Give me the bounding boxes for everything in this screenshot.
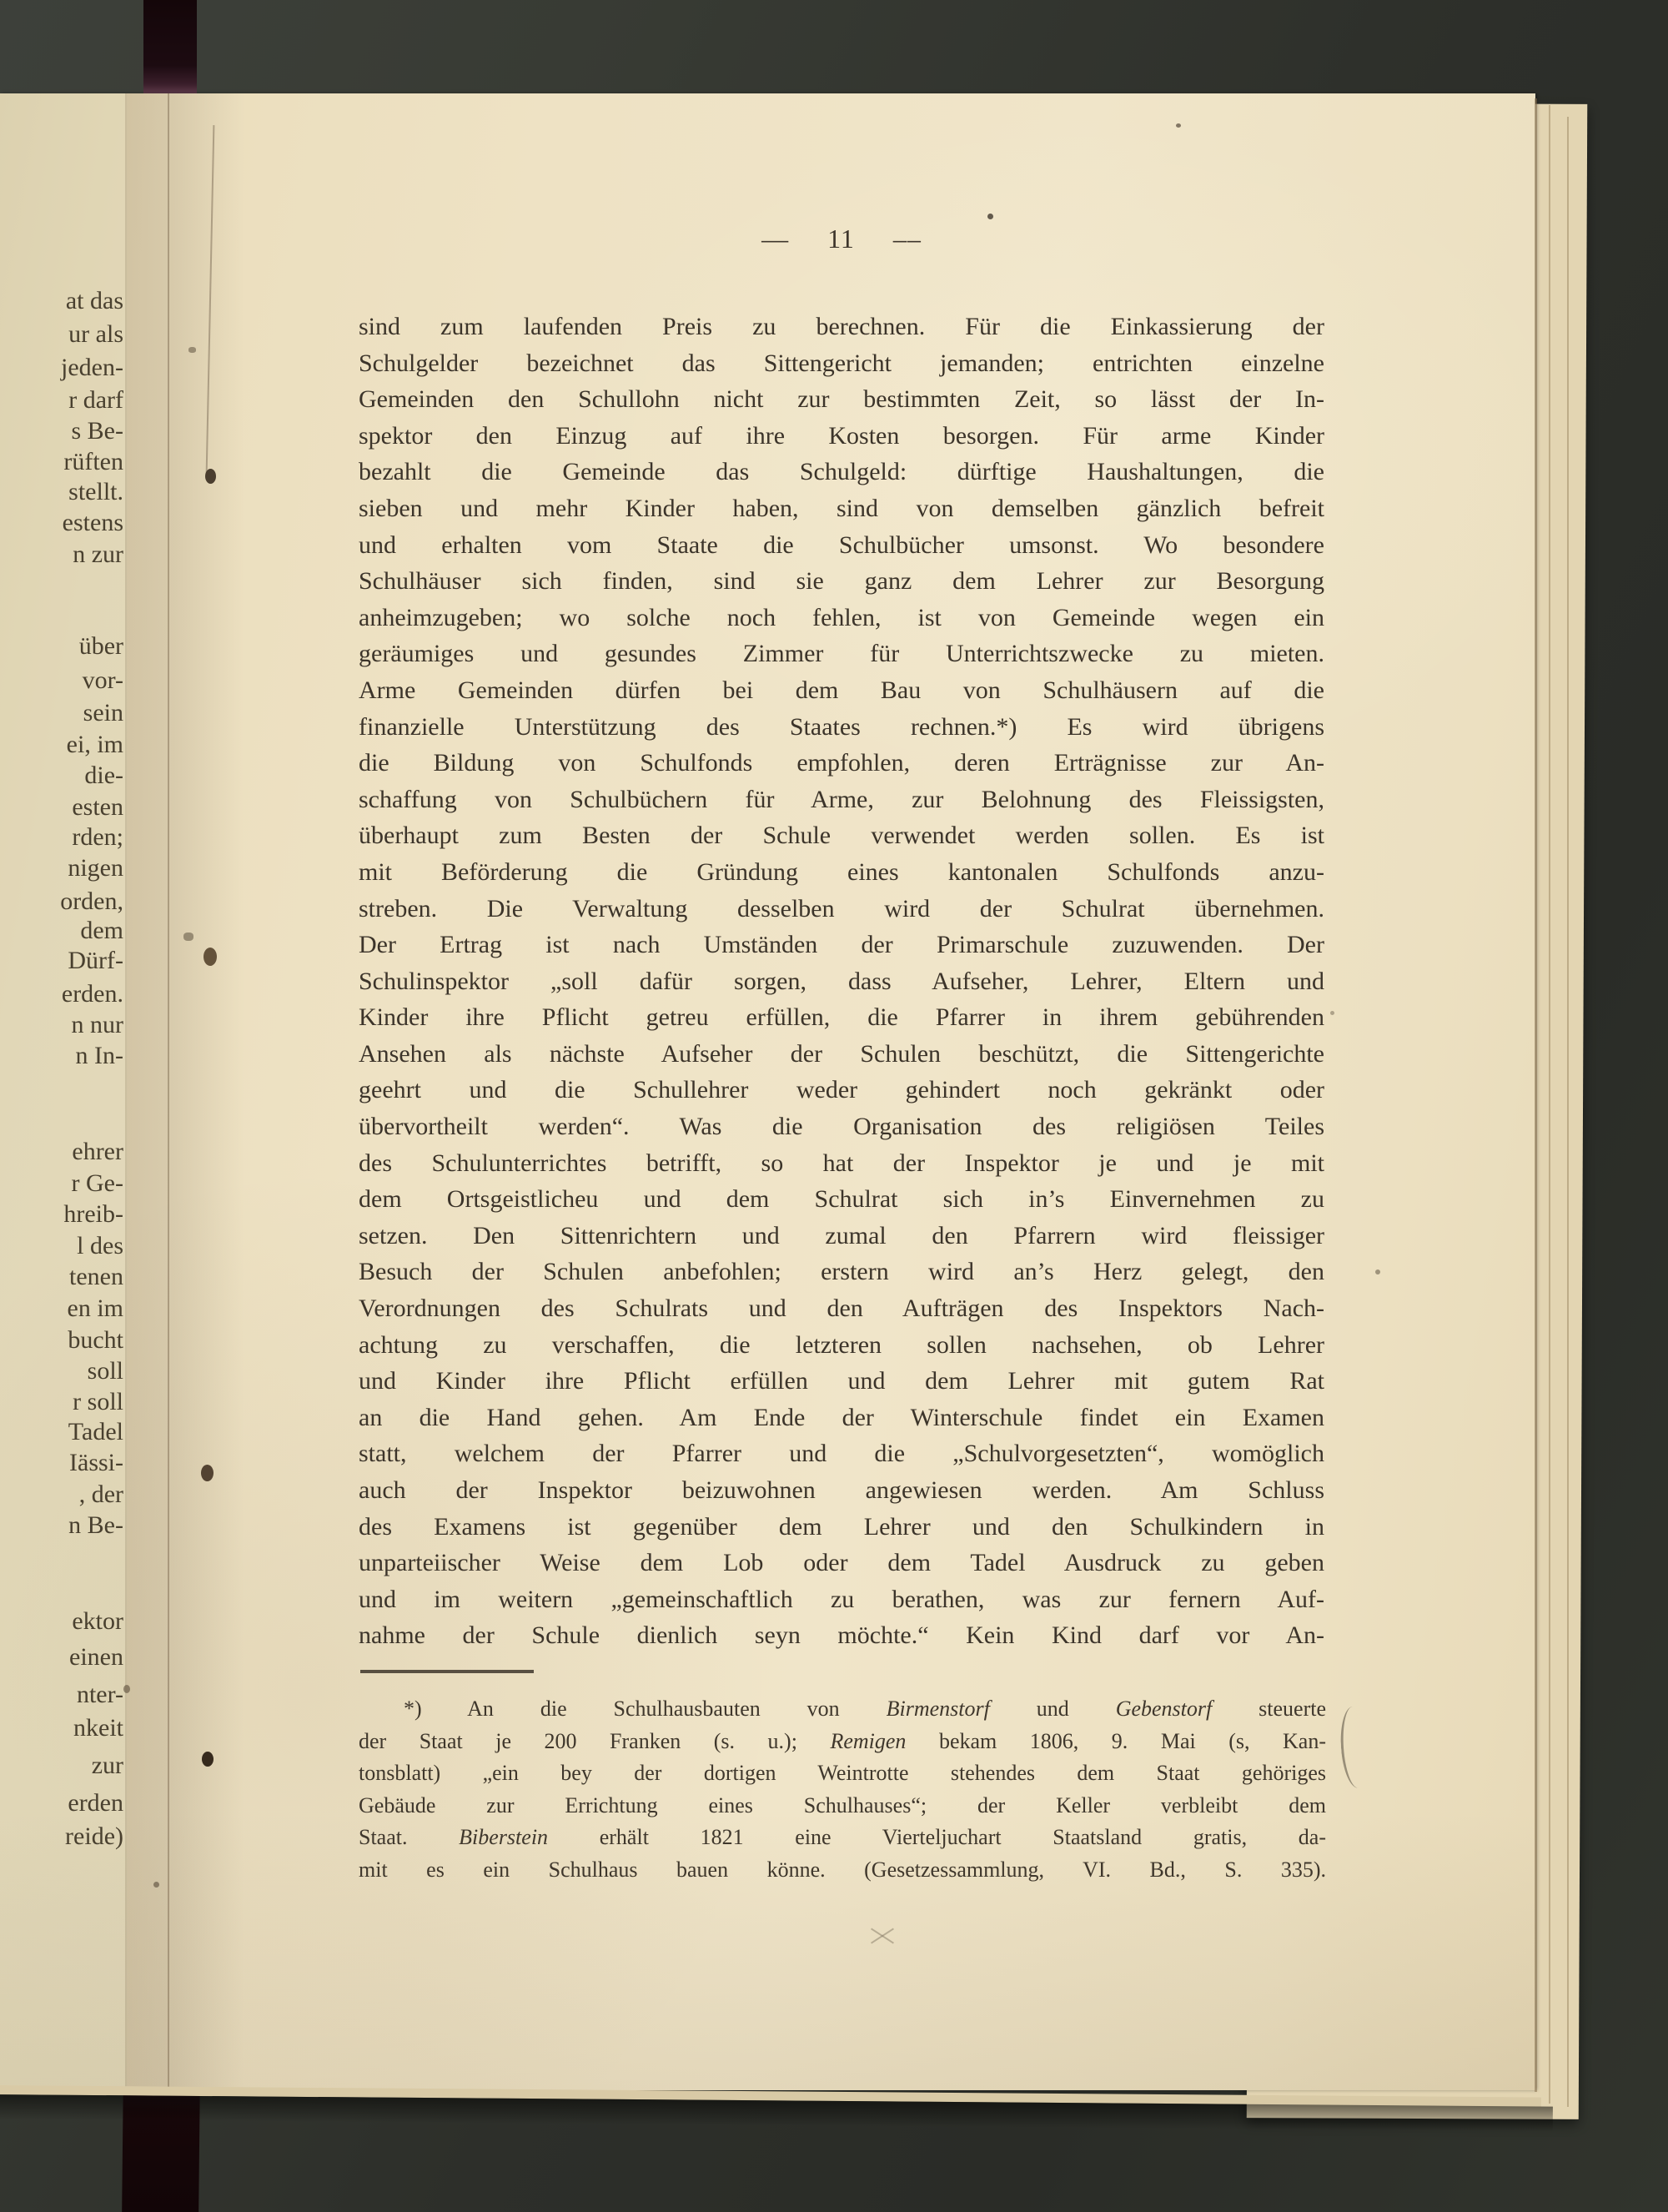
body-line: Schulgelder bezeichnet das Sittengericht… <box>359 345 1324 382</box>
facing-page-fragment: rüften <box>0 448 123 476</box>
facing-page-text-fragments: at dasur alsjeden-r darfs Be-rüftenstell… <box>0 0 127 2212</box>
facing-page-fragment: esten <box>0 793 123 822</box>
facing-page-fragment: erden. <box>0 980 123 1008</box>
footnote-text: steuerte <box>1212 1697 1326 1721</box>
body-line: nahme der Schule dienlich seyn möchte.“ … <box>359 1617 1324 1654</box>
body-line: anheimzugeben; wo solche noch fehlen, is… <box>359 600 1324 636</box>
footnote-text: bekam 1806, 9. Mai (s, Kan- <box>906 1729 1326 1753</box>
footnote-line: tonsblatt) „ein bey der dortigen Weintro… <box>359 1757 1326 1790</box>
footnote-rule <box>360 1670 534 1673</box>
body-line: geräumiges und gesundes Zimmer für Unter… <box>359 636 1324 672</box>
footnote-text: und <box>990 1697 1116 1721</box>
body-line: Ansehen als nächste Aufseher der Schulen… <box>359 1036 1324 1073</box>
facing-page-fragment: r darf <box>0 386 123 415</box>
gutter-spot <box>202 1752 214 1767</box>
body-line: finanzielle Unterstützung des Staates re… <box>359 709 1324 746</box>
bookmark-ribbon-top <box>143 0 197 93</box>
body-line: überhaupt zum Besten der Schule verwende… <box>359 817 1324 854</box>
page-number: 11 <box>827 224 855 254</box>
facing-page-fragment: n nur <box>0 1011 123 1039</box>
gutter-crease <box>168 93 169 2090</box>
footnote-line: *) An die Schulhausbauten von Birmenstor… <box>359 1693 1326 1726</box>
footnote-text: tonsblatt) „ein bey der dortigen Weintro… <box>359 1761 1326 1785</box>
body-line: Verordnungen des Schulrats und den Auftr… <box>359 1290 1324 1327</box>
body-line: Schulhäuser sich finden, sind sie ganz d… <box>359 563 1324 600</box>
body-line: des Examens ist gegenüber dem Lehrer und… <box>359 1509 1324 1546</box>
facing-page-fragment: jeden- <box>0 354 123 382</box>
facing-page-fragment: rden; <box>0 823 123 852</box>
body-line: sieben und mehr Kinder haben, sind von d… <box>359 490 1324 527</box>
speck <box>153 1882 159 1888</box>
footnote-text: der Staat je 200 Franken (s. u.); <box>359 1729 830 1753</box>
header-dash-left: — <box>761 224 789 254</box>
sheet-edge-line <box>1567 117 1569 2107</box>
facing-page-fragment: ur als <box>0 320 123 349</box>
facing-page-fragment: nigen <box>0 854 123 882</box>
speck <box>123 1685 130 1693</box>
footnote: *) An die Schulhausbauten von Birmenstor… <box>359 1693 1326 1887</box>
body-line: geehrt und die Schullehrer weder gehinde… <box>359 1072 1324 1109</box>
body-line: sind zum laufenden Preis zu berechnen. F… <box>359 309 1324 345</box>
ink-dot <box>1176 123 1181 128</box>
sheet-edge-line <box>1549 105 1550 2104</box>
facing-page-fragment: die- <box>0 762 123 790</box>
facing-page-fragment: at das <box>0 287 123 315</box>
body-line: spektor den Einzug auf ihre Kosten besor… <box>359 418 1324 455</box>
facing-page-fragment: stellt. <box>0 478 123 506</box>
body-line: an die Hand gehen. Am Ende der Wintersch… <box>359 1400 1324 1436</box>
facing-page-fragment: ei, im <box>0 731 123 759</box>
facing-page-fragment: en im <box>0 1295 123 1323</box>
footnote-line: der Staat je 200 Franken (s. u.); Remige… <box>359 1726 1326 1758</box>
body-line: bezahlt die Gemeinde das Schulgeld: dürf… <box>359 454 1324 490</box>
sheet-edge-line <box>1535 98 1537 2092</box>
speck <box>1330 1011 1334 1015</box>
facing-page-fragment: nkeit <box>0 1714 123 1742</box>
facing-page-fragment: nter- <box>0 1681 123 1709</box>
facing-page-fragment: erden <box>0 1789 123 1817</box>
body-line: übervortheilt werden“. Was die Organisat… <box>359 1109 1324 1145</box>
footnote-text: erhält 1821 eine Vierteljuchart Staatsla… <box>548 1825 1326 1849</box>
gutter-spot <box>201 1465 214 1481</box>
facing-page-fragment: r soll <box>0 1388 123 1416</box>
body-line: unparteiischer Weise dem Lob oder dem Ta… <box>359 1545 1324 1581</box>
speck <box>188 347 196 353</box>
body-line: dem Ortsgeistlicheu und dem Schulrat sic… <box>359 1181 1324 1218</box>
body-line: streben. Die Verwaltung desselben wird d… <box>359 891 1324 928</box>
footnote-line: mit es ein Schulhaus bauen könne. (Geset… <box>359 1854 1326 1887</box>
speck <box>1375 1269 1380 1274</box>
facing-page-fragment: soll <box>0 1357 123 1385</box>
body-line: und Kinder ihre Pflicht erfüllen und dem… <box>359 1363 1324 1400</box>
facing-page-fragment: ektor <box>0 1607 123 1636</box>
facing-page-fragment: Iässi- <box>0 1449 123 1477</box>
footnote-line: Staat. Biberstein erhält 1821 eine Viert… <box>359 1822 1326 1854</box>
facing-page-fragment: s Be- <box>0 417 123 445</box>
footnote-text: Staat. <box>359 1825 459 1849</box>
facing-page-fragment: hreib- <box>0 1200 123 1229</box>
facing-page-fragment: sein <box>0 699 123 727</box>
facing-page-fragment: , der <box>0 1481 123 1509</box>
body-text: sind zum laufenden Preis zu berechnen. F… <box>359 309 1324 1654</box>
facing-page-fragment: vor- <box>0 666 123 695</box>
facing-page-fragment: l des <box>0 1232 123 1260</box>
body-line: Arme Gemeinden dürfen bei dem Bau von Sc… <box>359 672 1324 709</box>
body-line: Kinder ihre Pflicht getreu erfüllen, die… <box>359 999 1324 1036</box>
body-line: Gemeinden den Schullohn nicht zur bestim… <box>359 381 1324 418</box>
footnote-text: mit es ein Schulhaus bauen könne. (Geset… <box>359 1858 1326 1882</box>
body-line: Der Ertrag ist nach Umständen der Primar… <box>359 927 1324 963</box>
facing-page-fragment: estens <box>0 509 123 537</box>
facing-page-fragment: über <box>0 632 123 661</box>
ink-dot <box>987 214 993 219</box>
body-line: Schulinspektor „soll dafür sorgen, dass … <box>359 963 1324 1000</box>
facing-page-fragment: dem <box>0 917 123 945</box>
footnote-line: Gebäude zur Errichtung eines Schulhauses… <box>359 1790 1326 1822</box>
speck <box>183 933 193 941</box>
footnote-text: Gebäude zur Errichtung eines Schulhauses… <box>359 1793 1326 1817</box>
footnote-place-name: Remigen <box>830 1729 906 1753</box>
facing-page-fragment: Dürf- <box>0 947 123 975</box>
body-line: und erhalten vom Staate die Schulbücher … <box>359 527 1324 564</box>
footnote-place-name: Birmenstorf <box>887 1697 990 1721</box>
facing-page-fragment: n Be- <box>0 1511 123 1540</box>
facing-page-fragment: einen <box>0 1643 123 1672</box>
facing-page-fragment: orden, <box>0 887 123 916</box>
facing-page-fragment: r Ge- <box>0 1169 123 1198</box>
facing-page-fragment: zur <box>0 1752 123 1780</box>
body-line: achtung zu verschaffen, die letzteren so… <box>359 1327 1324 1364</box>
footnote-text: *) An die Schulhausbauten von <box>404 1697 887 1721</box>
facing-page-fragment: n zur <box>0 540 123 569</box>
facing-page-fragment: tenen <box>0 1263 123 1291</box>
body-line: mit Beförderung die Gründung eines kanto… <box>359 854 1324 891</box>
gutter-spot <box>203 948 217 966</box>
scan-background: at dasur alsjeden-r darfs Be-rüftenstell… <box>0 0 1668 2212</box>
footnote-place-name: Biberstein <box>459 1825 548 1849</box>
facing-page-fragment: bucht <box>0 1326 123 1355</box>
body-line: des Schulunterrichtes betrifft, so hat d… <box>359 1145 1324 1182</box>
facing-page-fragment: reide) <box>0 1822 123 1851</box>
body-line: Besuch der Schulen anbefohlen; erstern w… <box>359 1254 1324 1290</box>
facing-page-fragment: ehrer <box>0 1138 123 1166</box>
body-line: schaffung von Schulbüchern für Arme, zur… <box>359 782 1324 818</box>
facing-page-fragment: n In- <box>0 1042 123 1070</box>
body-line: die Bildung von Schulfonds empfohlen, de… <box>359 745 1324 782</box>
footnote-place-name: Gebenstorf <box>1116 1697 1213 1721</box>
body-line: statt, welchem der Pfarrer und die „Schu… <box>359 1435 1324 1472</box>
body-line: und im weitern „gemeinschaftlich zu bera… <box>359 1581 1324 1618</box>
header-dash-right: –– <box>893 224 922 254</box>
facing-page-fragment: Tadel <box>0 1418 123 1446</box>
body-line: auch der Inspektor beizuwohnen angewiese… <box>359 1472 1324 1509</box>
body-line: setzen. Den Sittenrichtern und zumal den… <box>359 1218 1324 1254</box>
page-header: —11–– <box>359 224 1324 254</box>
